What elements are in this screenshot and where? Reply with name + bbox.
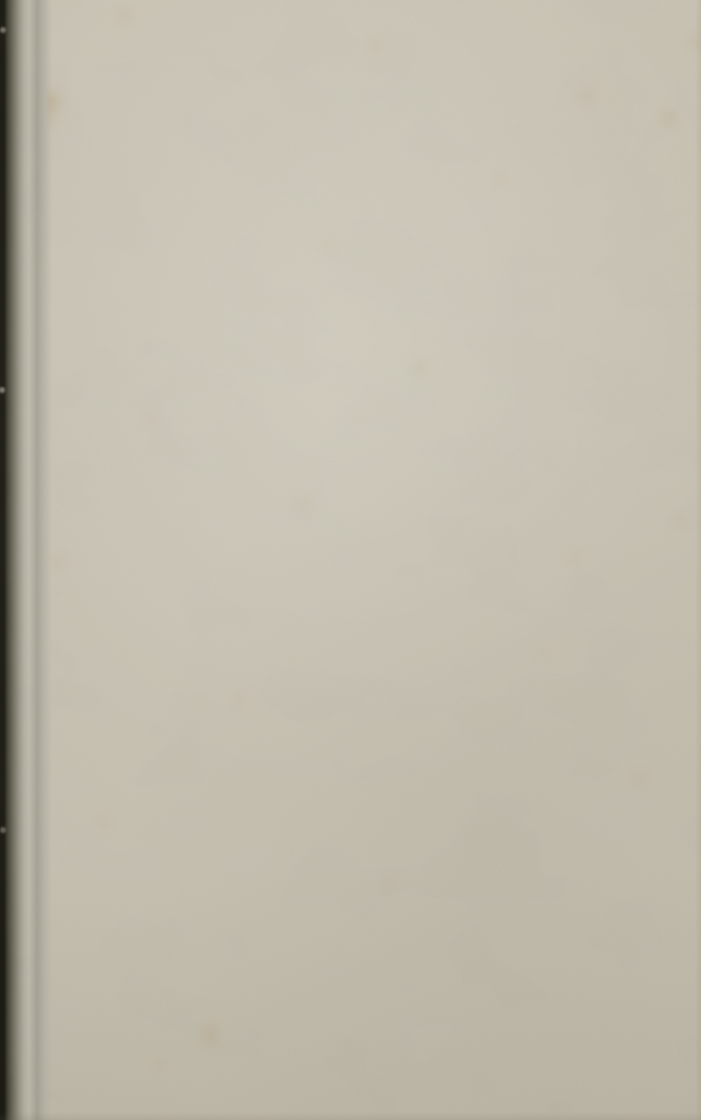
cover-bottom-edge-shadow <box>0 1112 701 1120</box>
foxing-spot <box>196 1019 224 1051</box>
foxing-spot <box>366 36 384 57</box>
foxing-spot <box>141 410 159 431</box>
spine-wear-speck <box>0 387 5 393</box>
foxing-spot <box>154 1056 166 1070</box>
foxing-spot <box>320 237 340 260</box>
cover-right-edge-shadow <box>695 0 701 1120</box>
foxing-spot <box>290 491 314 519</box>
foxing-spot <box>536 642 554 663</box>
foxing-spot <box>409 355 431 380</box>
book-photo <box>0 0 701 1120</box>
foxing-spot <box>95 812 113 833</box>
foxing-spot <box>230 689 250 712</box>
spine-wear-speck <box>0 27 6 33</box>
foxing-spot <box>116 7 132 25</box>
foxing-spot <box>491 170 509 191</box>
foxing-spot <box>671 510 689 531</box>
foxing-spot <box>380 871 400 894</box>
foxing-spots-layer <box>0 0 701 1120</box>
foxing-spot <box>630 767 650 790</box>
foxing-spot <box>565 547 585 570</box>
foxing-spot <box>578 85 598 108</box>
spine-wear-speck <box>0 827 6 833</box>
foxing-spot <box>657 104 681 132</box>
book-spine <box>0 0 52 1120</box>
